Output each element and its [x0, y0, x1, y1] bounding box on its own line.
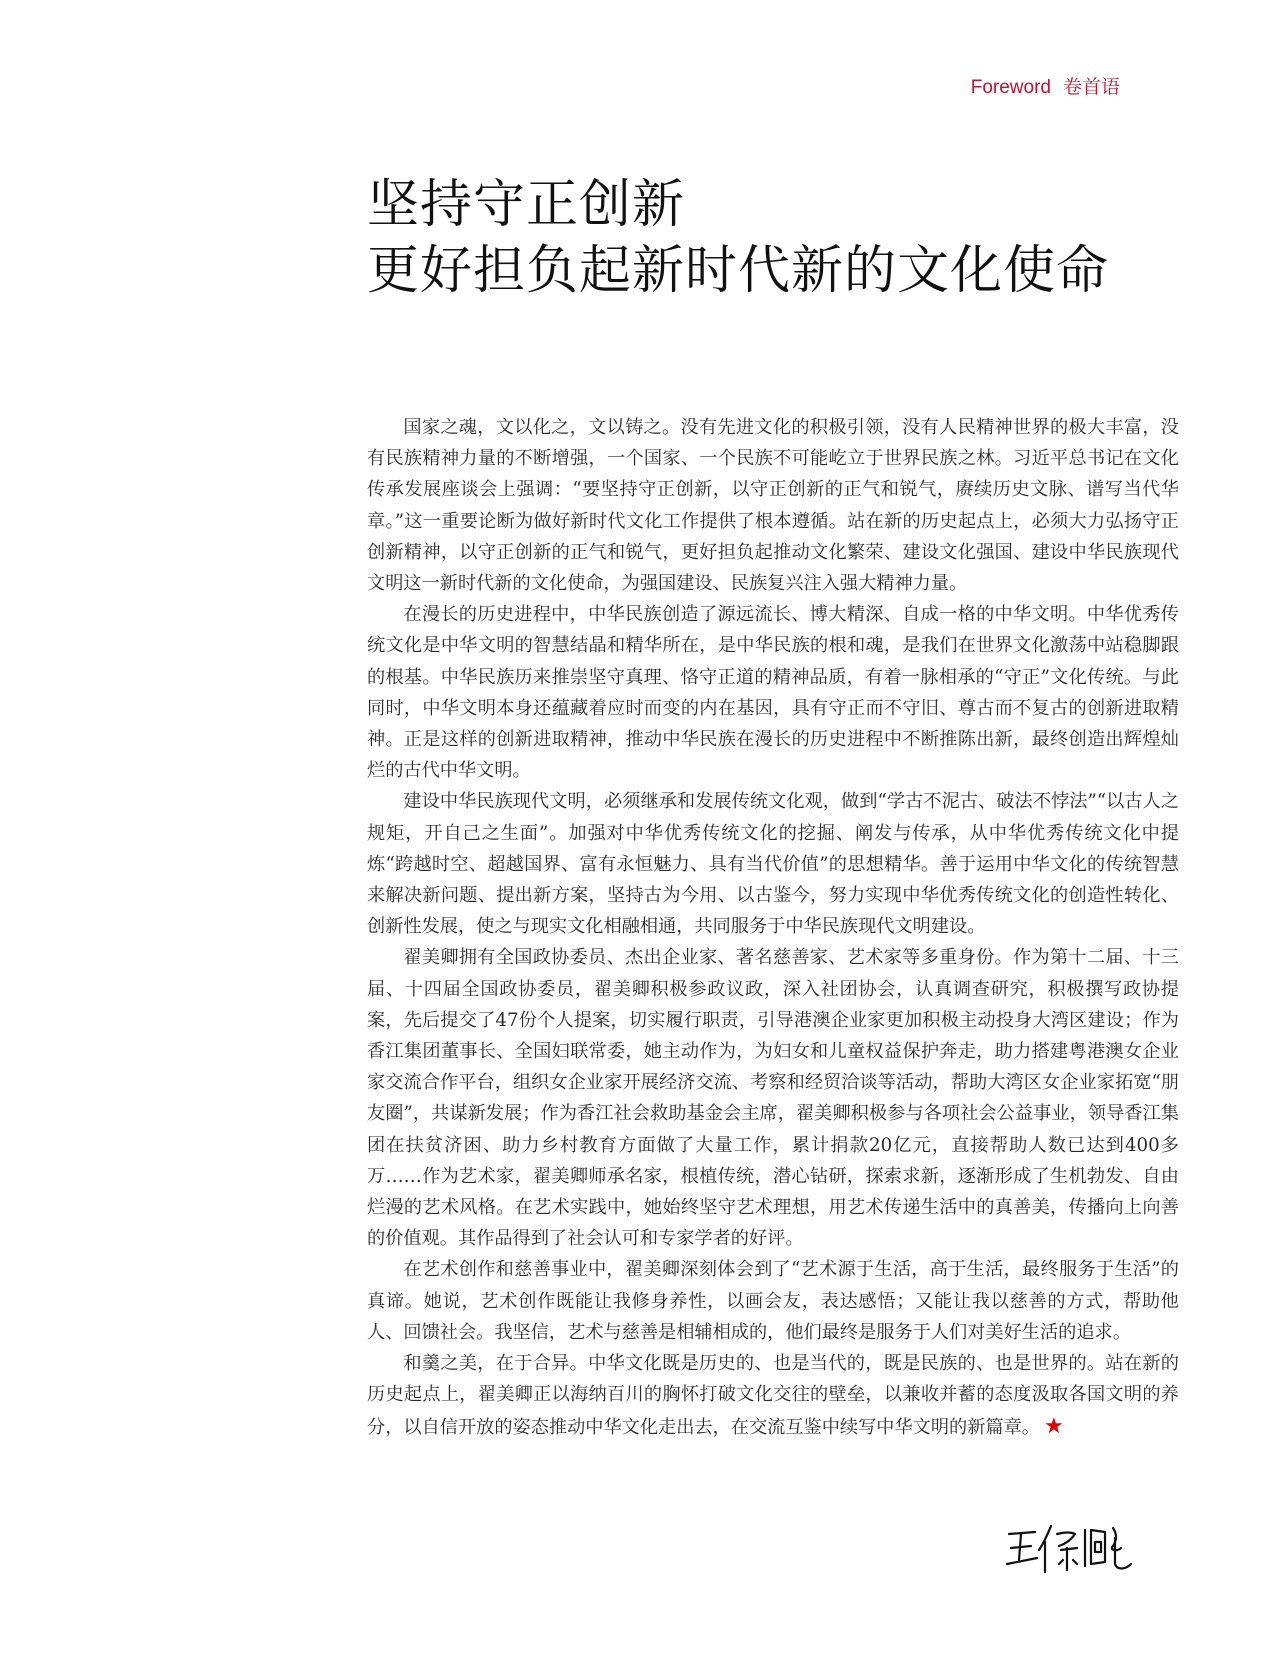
- signature: [1005, 1520, 1135, 1580]
- paragraph: 翟美卿拥有全国政协委员、杰出企业家、著名慈善家、艺术家等多重身份。作为第十二届、…: [367, 942, 1179, 1254]
- paragraph: 在漫长的历史进程中，中华民族创造了源远流长、博大精深、自成一格的中华文明。中华优…: [367, 599, 1179, 786]
- section-header: Foreword卷首语: [971, 72, 1120, 99]
- star-icon: ★: [1044, 1414, 1064, 1439]
- paragraph: 建设中华民族现代文明，必须继承和发展传统文化观，做到“学古不泥古、破法不悖法”“…: [367, 786, 1179, 942]
- article-body: 国家之魂，文以化之，文以铸之。没有先进文化的积极引领，没有人民精神世界的极大丰富…: [367, 412, 1179, 1443]
- title-line-1: 坚持守正创新: [367, 172, 1187, 238]
- paragraph: 在艺术创作和慈善事业中，翟美卿深刻体会到了“艺术源于生活，高于生活，最终服务于生…: [367, 1254, 1179, 1348]
- paragraph: 国家之魂，文以化之，文以铸之。没有先进文化的积极引领，没有人民精神世界的极大丰富…: [367, 412, 1179, 599]
- section-label-zh: 卷首语: [1063, 77, 1120, 98]
- title-line-2: 更好担负起新时代新的文化使命: [367, 238, 1187, 304]
- signature-icon: [1005, 1520, 1135, 1580]
- article-title: 坚持守正创新 更好担负起新时代新的文化使命: [367, 172, 1187, 304]
- paragraph-last: 和羹之美，在于合异。中华文化既是历史的、也是当代的，既是民族的、也是世界的。站在…: [367, 1348, 1179, 1443]
- section-label-en: Foreword: [971, 77, 1051, 98]
